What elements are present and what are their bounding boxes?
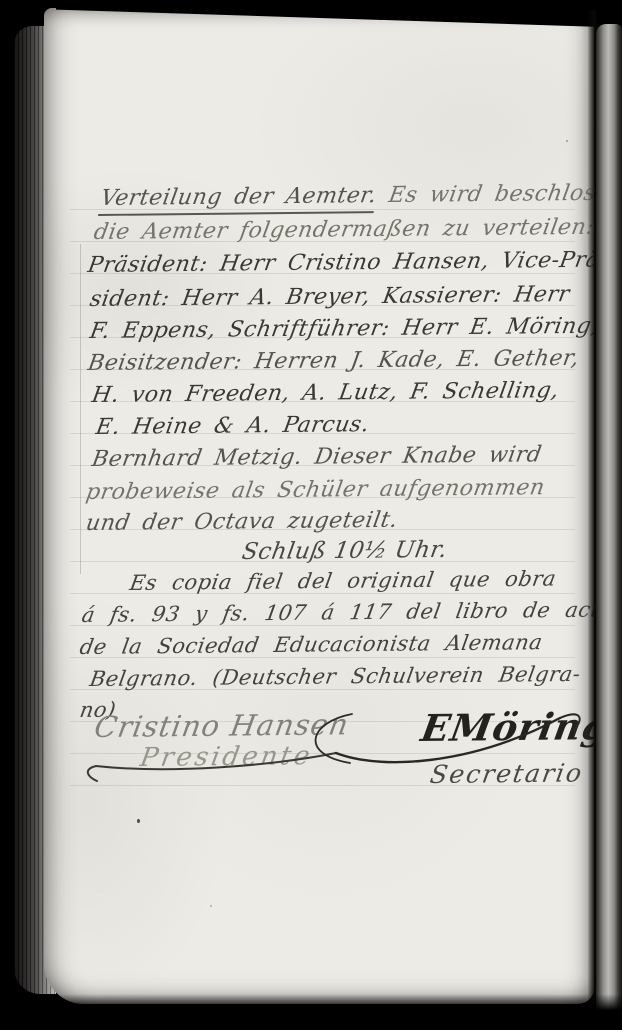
- scanned-book-photo: Verteilung der Aemter. Es wird beschloss…: [0, 0, 622, 1030]
- handwritten-line: H. von Freeden, A. Lutz, F. Schelling,: [90, 378, 561, 408]
- handwritten-line: de la Sociedad Educacionista Alemana: [78, 630, 544, 659]
- handwritten-line: probeweise als Schüler aufgenommen: [84, 475, 547, 505]
- heading-underlined-text: Verteilung der Aemter.: [98, 183, 379, 216]
- handwritten-line-closing: Schluß 10½ Uhr.: [240, 537, 449, 565]
- handwritten-line: Beisitzender: Herren J. Kade, E. Gether,: [86, 346, 581, 376]
- signature-president-name: Cristino Hansen: [92, 707, 352, 744]
- heading-continuation-text: Es wird beschlossen: [387, 180, 622, 208]
- handwritten-line: und der Octava zugeteilt.: [84, 508, 400, 536]
- dust-speck: [566, 140, 568, 142]
- handwritten-line: F. Eppens, Schriftführer: Herr E. Möring…: [88, 314, 601, 344]
- bottom-shadow-edge: [0, 994, 622, 1030]
- signature-secretary-title: Secretario: [428, 758, 586, 789]
- handwritten-line: Es copia fiel del original que obra: [128, 567, 558, 595]
- margin-rule: [80, 244, 81, 574]
- handwritten-line-heading: Verteilung der Aemter. Es wird beschloss…: [98, 180, 622, 216]
- right-leaf-edge: [596, 24, 622, 1012]
- scanned-page: [44, 8, 594, 1004]
- handwritten-line: E. Heine & A. Parcus.: [94, 412, 371, 440]
- dust-speck: [137, 819, 140, 823]
- handwritten-line: Bernhard Metzig. Dieser Knabe wird: [90, 442, 544, 472]
- dust-speck: [210, 905, 212, 907]
- handwritten-line: die Aemter folgendermaßen zu verteilen:: [92, 215, 596, 245]
- handwritten-line: sident: Herr A. Breyer, Kassierer: Herr: [88, 282, 572, 312]
- signature-secretary-name: EMöring: [418, 704, 613, 750]
- signature-president-title: Presidente: [138, 741, 315, 773]
